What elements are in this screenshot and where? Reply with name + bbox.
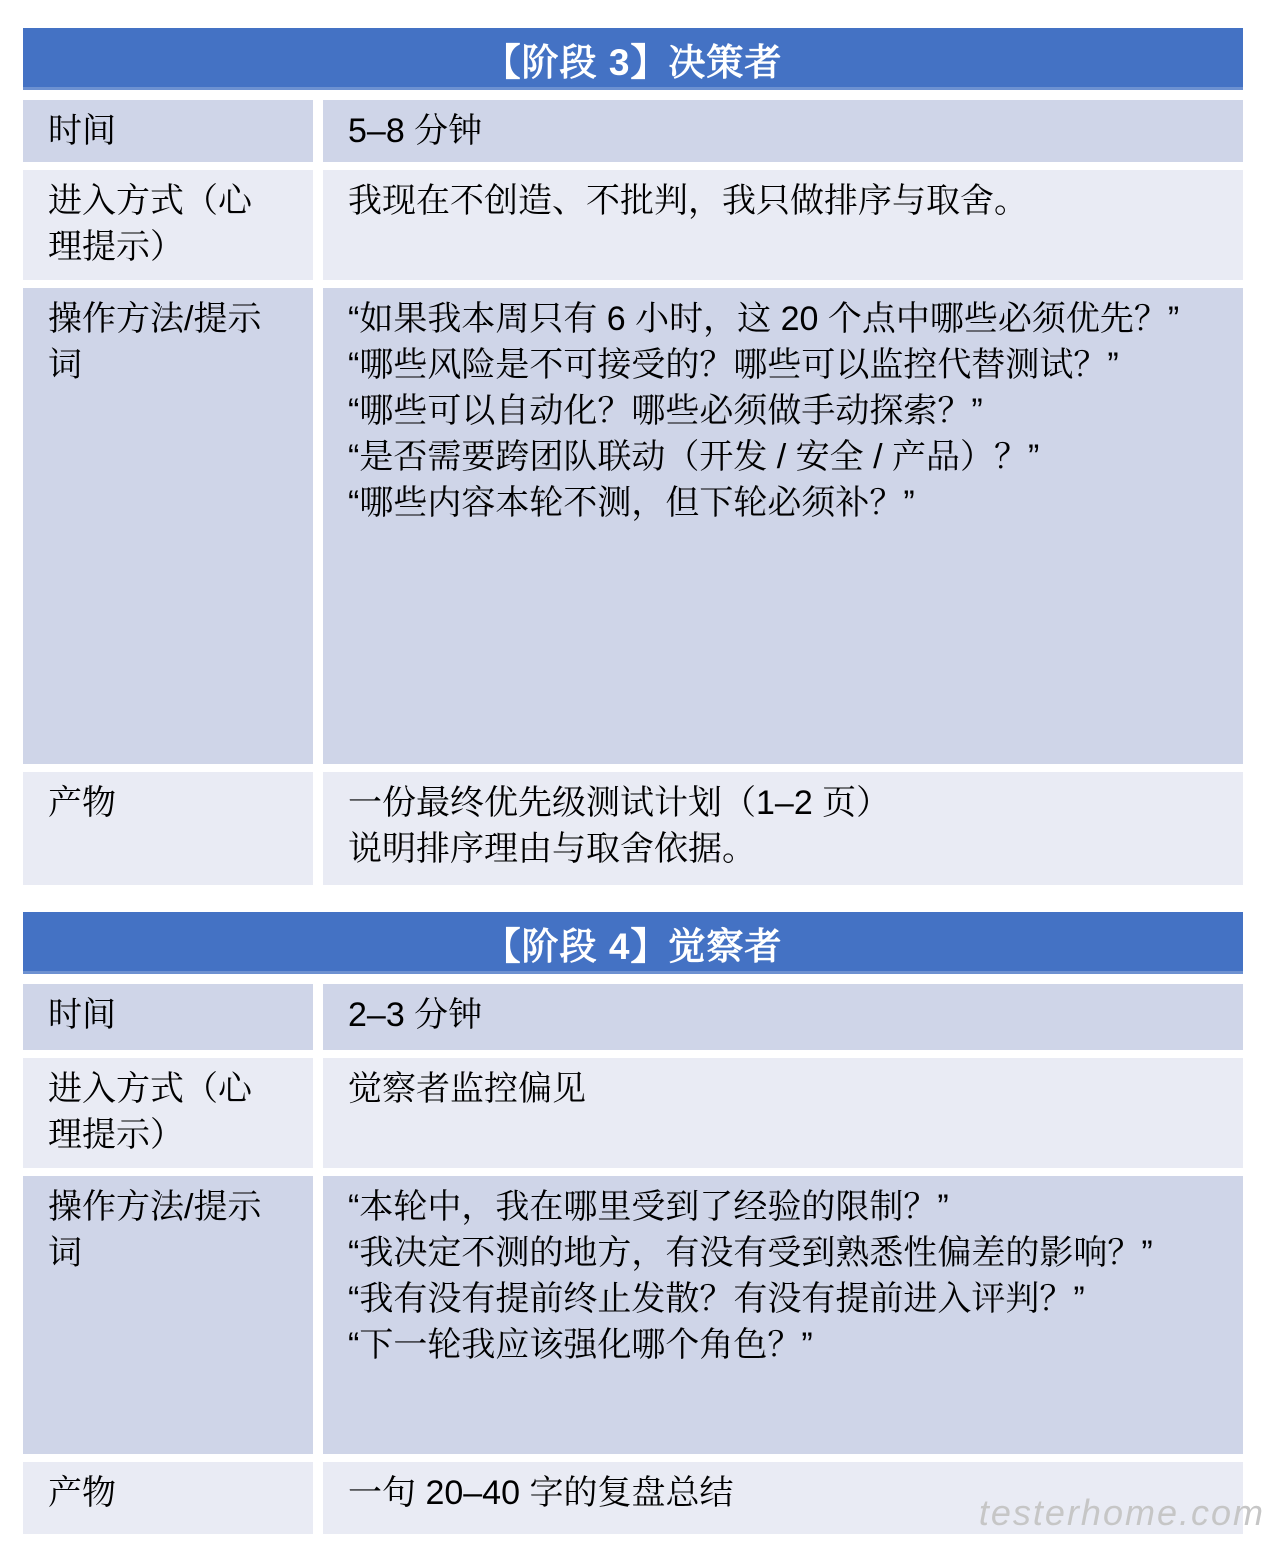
- table-row-method-prompts: 操作方法/提示词 “本轮中，我在哪里受到了经验的限制？” “我决定不测的地方，有…: [23, 1176, 1243, 1454]
- table-row-method-prompts: 操作方法/提示词 “如果我本周只有 6 小时，这 20 个点中哪些必须优先？” …: [23, 288, 1243, 764]
- phase-3-table: 【阶段 3】决策者 时间 5–8 分钟 进入方式（心理提示） 我现在不创造、不批…: [23, 28, 1243, 885]
- row-label-time: 时间: [23, 100, 313, 162]
- row-value-entry-mode: 觉察者监控偏见: [323, 1058, 1243, 1168]
- row-value-output: 一句 20–40 字的复盘总结: [323, 1462, 1243, 1534]
- row-label-entry-mode: 进入方式（心理提示）: [23, 170, 313, 280]
- table-row-output: 产物 一份最终优先级测试计划（1–2 页） 说明排序理由与取舍依据。: [23, 772, 1243, 885]
- row-label-output: 产物: [23, 1462, 313, 1534]
- row-label-output: 产物: [23, 772, 313, 885]
- phase-3-table-title: 【阶段 3】决策者: [23, 28, 1243, 90]
- table-row-entry-mode: 进入方式（心理提示） 觉察者监控偏见: [23, 1058, 1243, 1168]
- phase-4-table: 【阶段 4】觉察者 时间 2–3 分钟 进入方式（心理提示） 觉察者监控偏见 操…: [23, 912, 1243, 1534]
- table-row-entry-mode: 进入方式（心理提示） 我现在不创造、不批判，我只做排序与取舍。: [23, 170, 1243, 280]
- row-value-method-prompts: “本轮中，我在哪里受到了经验的限制？” “我决定不测的地方，有没有受到熟悉性偏差…: [323, 1176, 1243, 1454]
- row-value-output: 一份最终优先级测试计划（1–2 页） 说明排序理由与取舍依据。: [323, 772, 1243, 885]
- table-row-output: 产物 一句 20–40 字的复盘总结: [23, 1462, 1243, 1534]
- row-label-method-prompts: 操作方法/提示词: [23, 1176, 313, 1454]
- row-label-method-prompts: 操作方法/提示词: [23, 288, 313, 764]
- phase-4-table-title: 【阶段 4】觉察者: [23, 912, 1243, 974]
- table-row-time: 时间 2–3 分钟: [23, 984, 1243, 1050]
- row-value-method-prompts: “如果我本周只有 6 小时，这 20 个点中哪些必须优先？” “哪些风险是不可接…: [323, 288, 1243, 764]
- row-label-entry-mode: 进入方式（心理提示）: [23, 1058, 313, 1168]
- row-value-time: 2–3 分钟: [323, 984, 1243, 1050]
- row-value-entry-mode: 我现在不创造、不批判，我只做排序与取舍。: [323, 170, 1243, 280]
- row-value-time: 5–8 分钟: [323, 100, 1243, 162]
- document-page: 【阶段 3】决策者 时间 5–8 分钟 进入方式（心理提示） 我现在不创造、不批…: [23, 28, 1243, 1534]
- table-row-time: 时间 5–8 分钟: [23, 100, 1243, 162]
- row-label-time: 时间: [23, 984, 313, 1050]
